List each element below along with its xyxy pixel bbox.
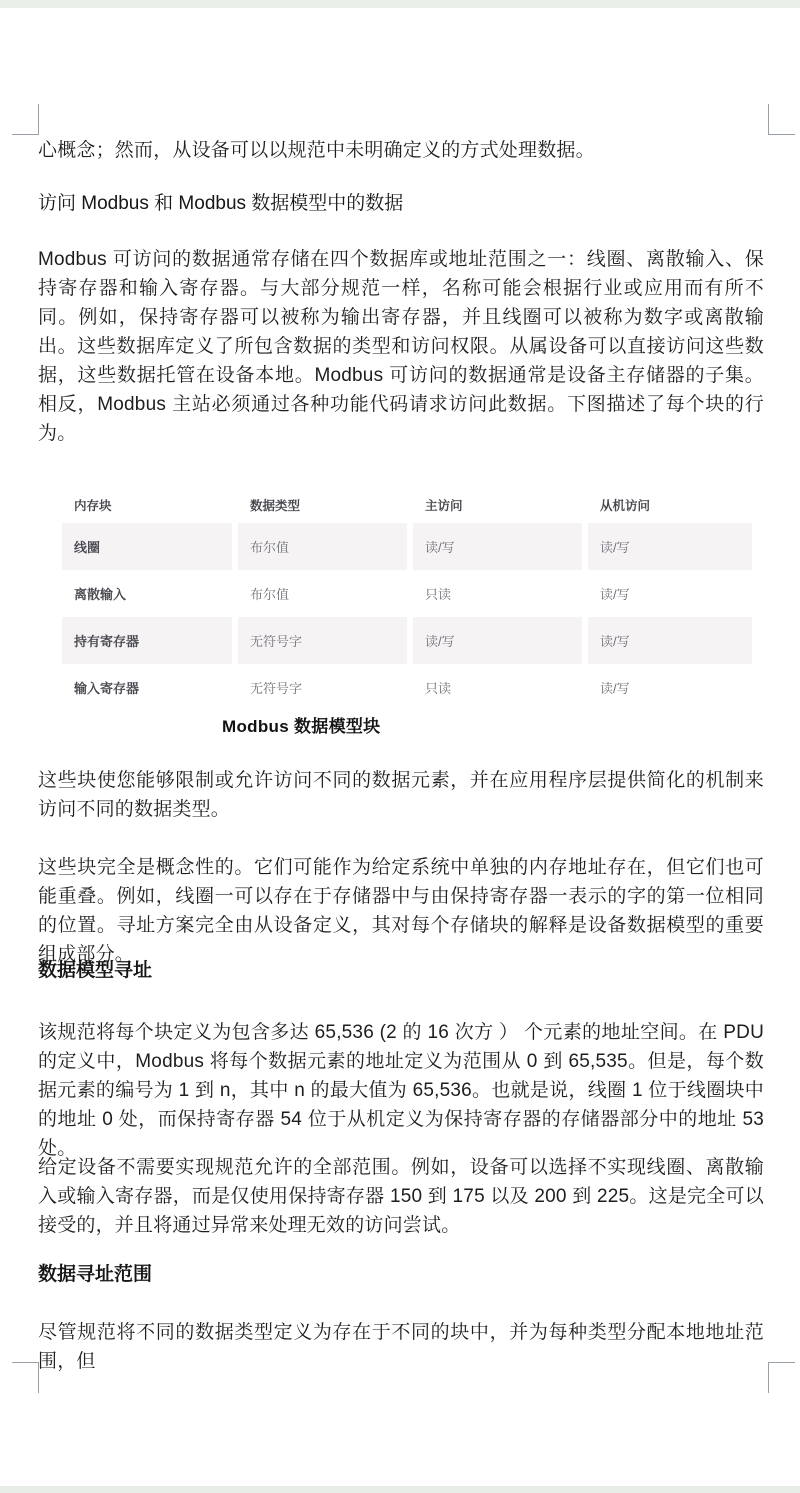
document-page: 心概念；然而，从设备可以以规范中未明确定义的方式处理数据。 访问 Modbus … [38,0,764,1493]
table-row-coils: 线圈 布尔值 读/写 读/写 [62,523,752,570]
cell-data-type: 布尔值 [238,570,407,617]
cell-data-type: 布尔值 [238,523,407,570]
section-heading-data-address-range: 数据寻址范围 [38,1263,764,1287]
table-row-discrete-inputs: 离散输入 布尔值 只读 读/写 [62,570,752,617]
crop-mark-top-right [768,104,795,135]
cell-master-access: 读/写 [413,523,582,570]
cell-slave-access: 读/写 [588,570,752,617]
column-header-slave-access: 从机访问 [588,490,752,523]
column-header-master-access: 主访问 [413,490,582,523]
cell-data-type: 无符号字 [238,617,407,664]
cell-master-access: 只读 [413,664,582,711]
crop-mark-top-left [12,104,39,135]
modbus-data-model-table: 内存块 数据类型 主访问 从机访问 线圈 布尔值 读/写 读/写 离散输入 布尔… [62,490,752,711]
table-row-holding-registers: 持有寄存器 无符号字 读/写 读/写 [62,617,752,664]
column-header-data-type: 数据类型 [238,490,407,523]
cell-block-name: 线圈 [62,523,232,570]
paragraph-address-range-intro: 尽管规范将不同的数据类型定义为存在于不同的块中，并为每种类型分配本地地址范围，但 [38,1318,764,1376]
table-caption: Modbus 数据模型块 [222,712,380,737]
paragraph-modbus-databanks: Modbus 可访问的数据通常存储在四个数据库或地址范围之一：线圈、离散输入、保… [38,245,764,448]
table-row-input-registers: 输入寄存器 无符号字 只读 读/写 [62,664,752,711]
cell-slave-access: 读/写 [588,617,752,664]
table-header-row: 内存块 数据类型 主访问 从机访问 [62,490,752,523]
paragraph-blocks-conceptual: 这些块完全是概念性的。它们可能作为给定系统中单独的内存地址存在，但它们也可能重叠… [38,853,764,969]
cell-block-name: 输入寄存器 [62,664,232,711]
crop-mark-bottom-left [12,1362,39,1393]
cell-block-name: 离散输入 [62,570,232,617]
crop-mark-bottom-right [768,1362,795,1393]
cell-slave-access: 读/写 [588,523,752,570]
paragraph-address-space: 该规范将每个块定义为包含多达 65,536 (2 的 16 次方 ） 个元素的地… [38,1018,764,1163]
cell-master-access: 读/写 [413,617,582,664]
cell-block-name: 持有寄存器 [62,617,232,664]
paragraph-blocks-access: 这些块使您能够限制或允许访问不同的数据元素，并在应用程序层提供简化的机制来访问不… [38,766,764,824]
section-heading-access-data: 访问 Modbus 和 Modbus 数据模型中的数据 [38,192,764,216]
paragraph-intro: 心概念；然而，从设备可以以规范中未明确定义的方式处理数据。 [38,136,764,165]
document-screenshot: { "document": { "intro_line": "心概念；然而，从设… [0,0,800,1493]
section-heading-data-model-addressing: 数据模型寻址 [38,959,764,983]
column-header-memory-block: 内存块 [62,490,232,523]
cell-slave-access: 读/写 [588,664,752,711]
cell-data-type: 无符号字 [238,664,407,711]
cell-master-access: 只读 [413,570,582,617]
paragraph-device-range: 给定设备不需要实现规范允许的全部范围。例如，设备可以选择不实现线圈、离散输入或输… [38,1153,764,1240]
